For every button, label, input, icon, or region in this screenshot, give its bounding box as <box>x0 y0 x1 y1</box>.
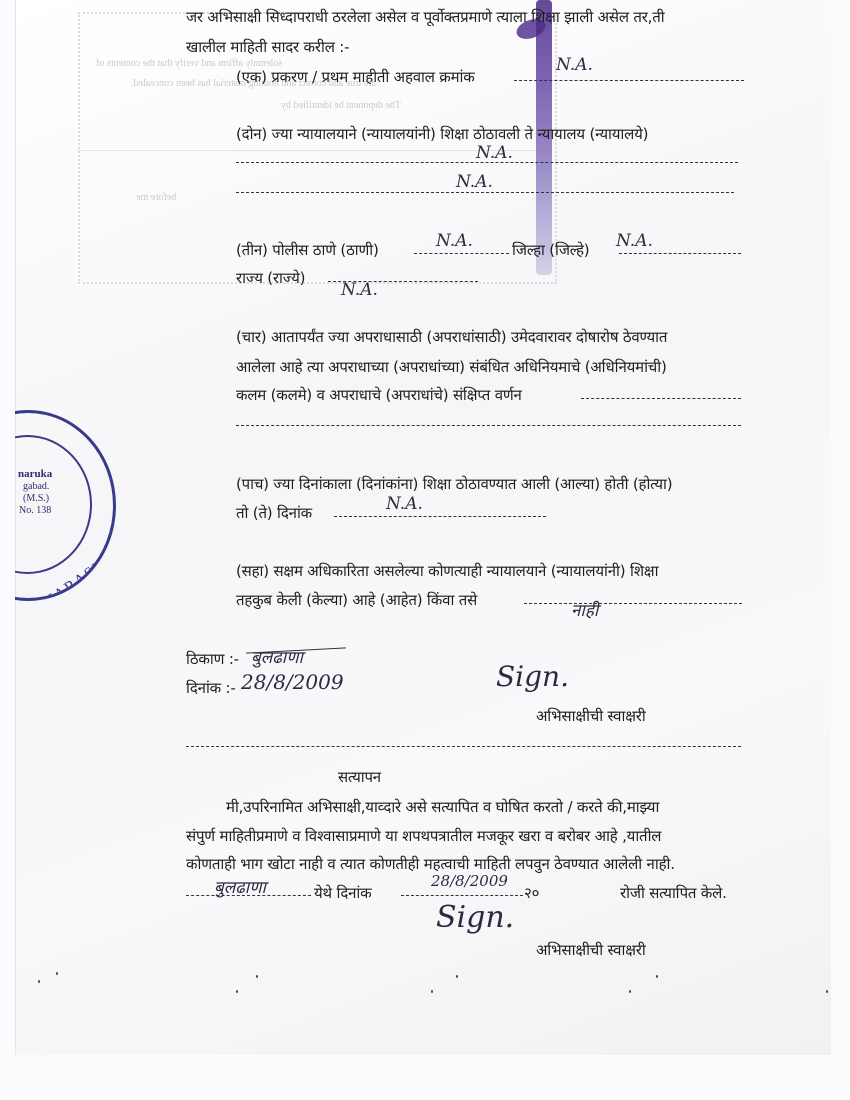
item-2-blank-2 <box>236 192 734 193</box>
item-4-line-2: आलेला आहे त्या अपराधाच्या (अपराधांच्या) … <box>236 357 667 377</box>
bleed-text: before me <box>136 192 176 203</box>
verification-place-suffix: येथे दिनांक <box>314 883 371 903</box>
date-handwritten: 28/8/2009 <box>241 670 344 694</box>
stamp-text: (M.S.) <box>23 493 49 505</box>
item-6-handwritten: नाही <box>571 598 598 621</box>
item-3-police-blank <box>414 253 509 254</box>
item-5-line-2: तो (ते) दिनांक <box>236 503 312 523</box>
verification-year-prefix: २० <box>524 883 539 903</box>
verification-signature-handwritten: Sign. <box>436 900 514 935</box>
place-handwritten: बुलढाणा <box>251 645 303 668</box>
signature-caption: अभिसाक्षीची स्वाक्षरी <box>536 706 646 726</box>
separator-line <box>186 746 741 747</box>
item-6-line-2: तहकुब केली (केल्या) आहे (आहेत) किंवा तसे <box>236 590 477 610</box>
document-page: solemnly affirm and verify that the cont… <box>15 0 831 1055</box>
item-1-handwritten: N.A. <box>556 55 593 75</box>
intro-line-1: जर अभिसाक्षी सिध्दापराधी ठरलेला असेल व प… <box>186 7 664 27</box>
item-4-blank-2 <box>236 425 741 426</box>
item-4-blank-1 <box>581 398 741 399</box>
scan-margin <box>0 0 15 1100</box>
item-6-line-1: (सहा) सक्षम अधिकारिता असलेल्या कोणत्याही… <box>236 561 658 581</box>
stamp-text: naruka <box>18 468 52 480</box>
stamp-text: No. 138 <box>19 505 51 517</box>
item-3-district-label: जिल्हा (जिल्हे) <box>512 240 589 260</box>
signature-handwritten: Sign. <box>496 660 569 693</box>
verification-line-3: कोणताही भाग खोटा नाही व त्यात कोणतीही मह… <box>186 854 675 874</box>
item-5-blank <box>334 516 546 517</box>
item-6-blank <box>524 603 742 604</box>
bleed-text: The deponent be identified by <box>281 100 401 111</box>
verification-date-handwritten: 28/8/2009 <box>431 872 508 890</box>
stamp-text: gabad. <box>23 481 49 493</box>
verification-place-handwritten: बुलढाणा <box>214 875 266 898</box>
verification-line-2: संपुर्ण माहितीप्रमाणे व विश्वासाप्रमाणे … <box>186 826 661 846</box>
item-3-police-label: (तीन) पोलीस ठाणे (ठाणी) <box>236 240 379 260</box>
item-5-handwritten: N.A. <box>386 494 423 514</box>
item-5-line-1: (पाच) ज्या दिनांकाला (दिनांकांना) शिक्षा… <box>236 474 672 494</box>
item-1-blank <box>514 80 744 81</box>
intro-line-2: खालील माहिती सादर करील :- <box>186 37 349 57</box>
place-label: ठिकाण :- <box>186 649 239 669</box>
verification-line-1: मी,उपरिनामित अभिसाक्षी,याव्दारे असे सत्य… <box>226 797 659 817</box>
item-3-police-handwritten: N.A. <box>436 231 473 251</box>
item-3-state-handwritten: N.A. <box>341 280 378 300</box>
item-3-state-label: राज्य (राज्ये) <box>236 268 305 288</box>
item-3-district-blank <box>619 253 741 254</box>
item-4-line-3: कलम (कलमे) व अपराधाचे (अपराधांचे) संक्षि… <box>236 385 522 405</box>
verification-date-blank <box>401 895 523 896</box>
verification-closing: रोजी सत्यापित केले. <box>620 883 727 903</box>
item-2-handwritten-1: N.A. <box>476 143 513 163</box>
verification-signature-caption: अभिसाक्षीची स्वाक्षरी <box>536 940 646 960</box>
item-1-label: (एक) प्रकरण / प्रथम माहीती अहवाल क्रमांक <box>236 67 475 87</box>
item-3-district-handwritten: N.A. <box>616 231 653 251</box>
verification-title: सत्यापन <box>338 767 381 787</box>
date-label: दिनांक :- <box>186 678 236 698</box>
item-4-line-1: (चार) आतापर्यंत ज्या अपराधासाठी (अपराधां… <box>236 327 667 347</box>
item-2-handwritten-2: N.A. <box>456 172 493 192</box>
item-2-label: (दोन) ज्या न्यायालयाने (न्यायालयांनी) शि… <box>236 124 648 144</box>
